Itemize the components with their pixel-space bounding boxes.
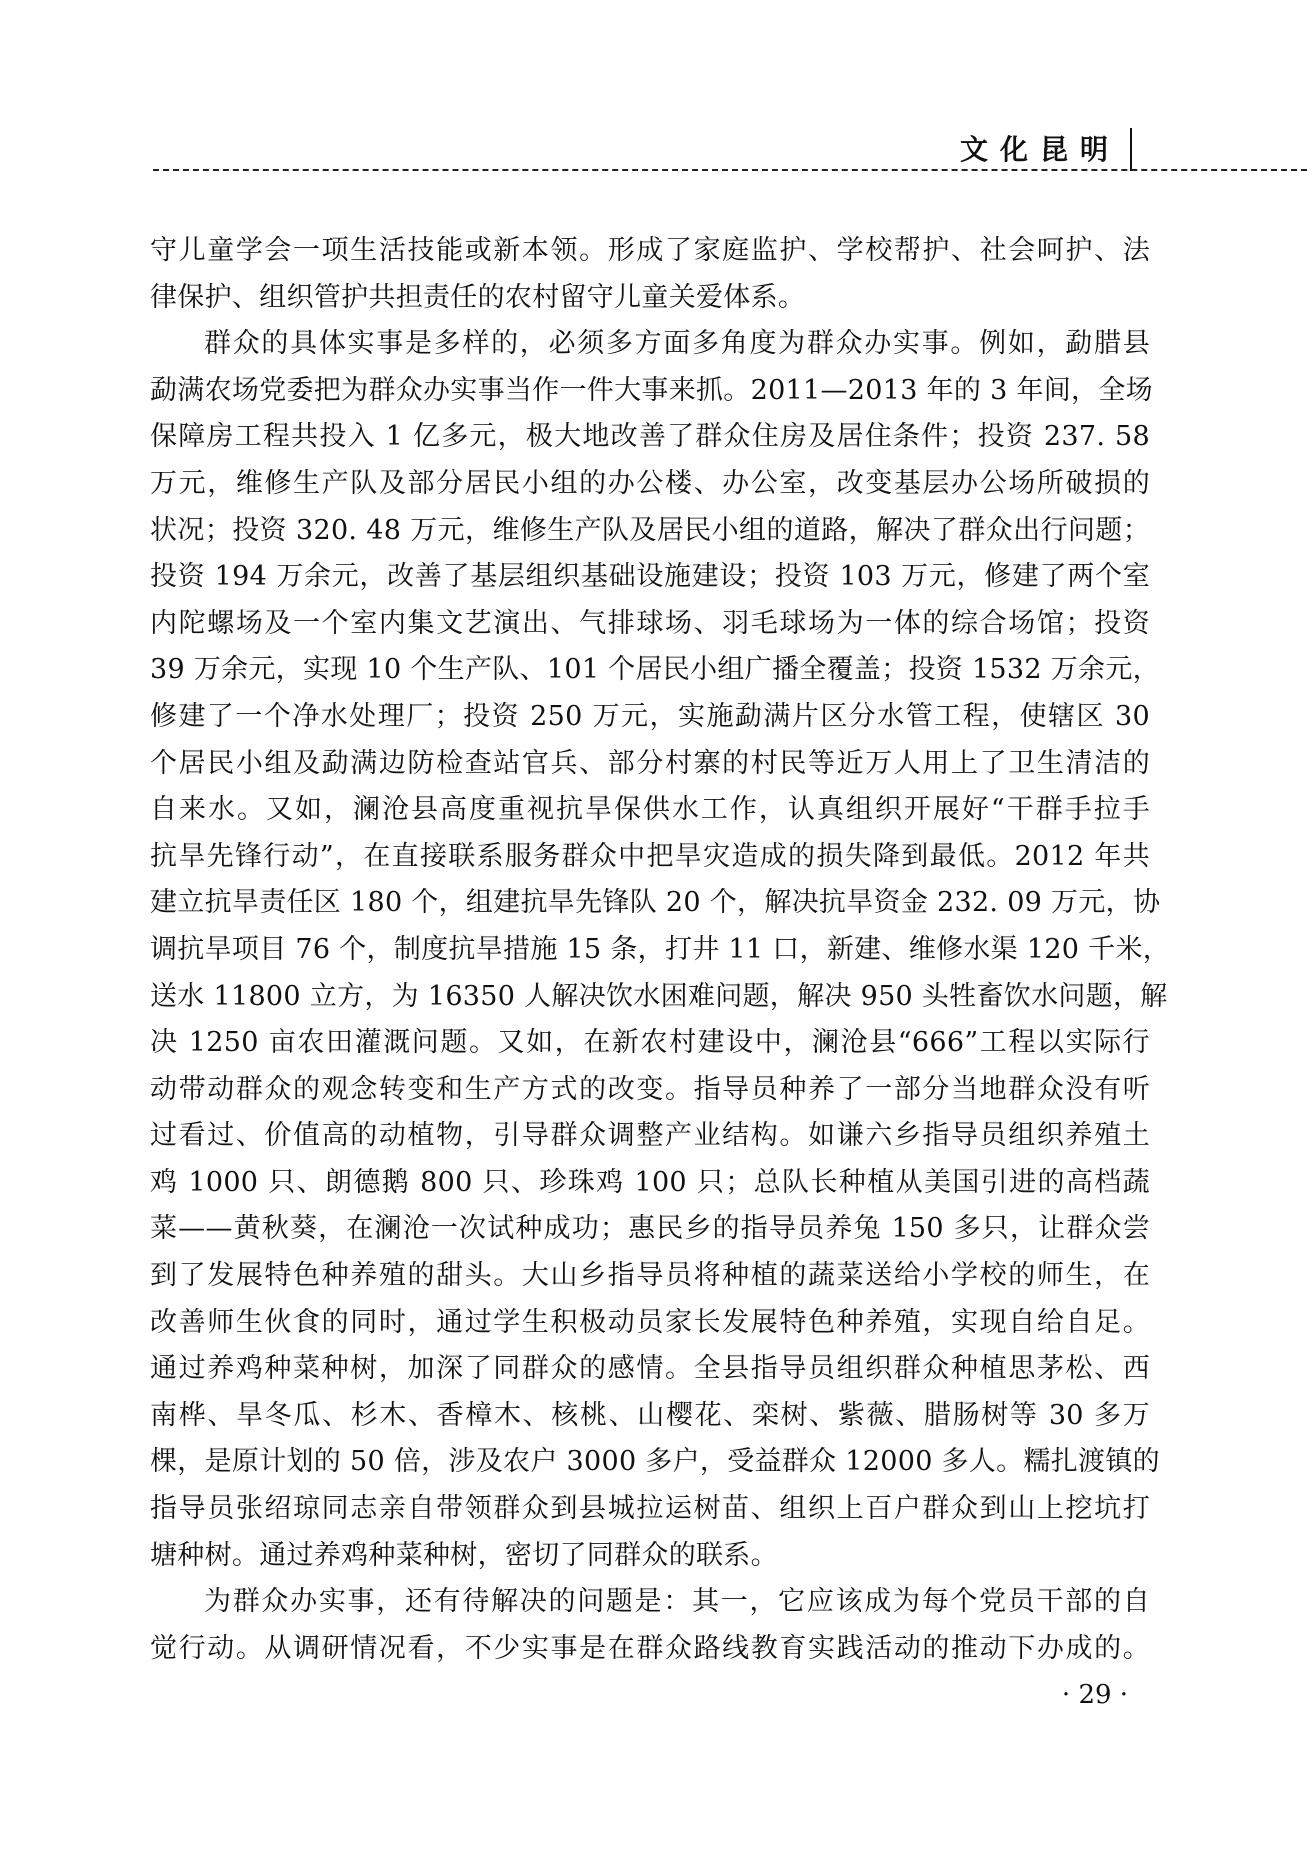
text-line: 过看过、价值高的动植物，引导群众调整产业结构。如谦六乡指导员组织养殖土 — [150, 1113, 1150, 1160]
text-line: 39 万余元，实现 10 个生产队、101 个居民小组广播全覆盖；投资 1532… — [150, 647, 1150, 694]
text-line: 修建了一个净水处理厂；投资 250 万元，实施勐满片区分水管工程，使辖区 30 — [150, 694, 1150, 741]
text-line: 律保护、组织管护共担责任的农村留守儿童关爱体系。 — [150, 275, 1150, 322]
text-line: 状况；投资 320. 48 万元，维修生产队及居民小组的道路，解决了群众出行问题… — [150, 508, 1150, 555]
text-line: 建立抗旱责任区 180 个，组建抗旱先锋队 20 个，解决抗旱资金 232. 0… — [150, 880, 1150, 927]
text-line: 自来水。又如，澜沧县高度重视抗旱保供水工作，认真组织开展好“干群手拉手 — [150, 787, 1150, 834]
header-vertical-bar — [1130, 128, 1132, 171]
text-line: 万元，维修生产队及部分居民小组的办公楼、办公室，改变基层办公场所破损的 — [150, 461, 1150, 508]
text-line: 保障房工程共投入 1 亿多元，极大地改善了群众住房及居住条件；投资 237. 5… — [150, 414, 1150, 461]
header-dashed-rule — [153, 169, 1307, 171]
text-line: 棵，是原计划的 50 倍，涉及农户 3000 多户，受益群众 12000 多人。… — [150, 1439, 1150, 1486]
running-header: 文化昆明 — [0, 0, 1307, 175]
text-line: 南桦、旱冬瓜、杉木、香樟木、核桃、山樱花、栾树、紫薇、腊肠树等 30 多万 — [150, 1393, 1150, 1440]
text-line: 通过养鸡种菜种树，加深了同群众的感情。全县指导员组织群众种植思茅松、西 — [150, 1346, 1150, 1393]
text-line: 送水 11800 立方，为 16350 人解决饮水困难问题，解决 950 头牲畜… — [150, 974, 1150, 1021]
text-line: 鸡 1000 只、朗德鹅 800 只、珍珠鸡 100 只；总队长种植从美国引进的… — [150, 1160, 1150, 1207]
text-line: 守儿童学会一项生活技能或新本领。形成了家庭监护、学校帮护、社会呵护、法 — [150, 228, 1150, 275]
text-line: 塘种树。通过养鸡种菜种树，密切了同群众的联系。 — [150, 1533, 1150, 1580]
text-line: 到了发展特色种养殖的甜头。大山乡指导员将种植的蔬菜送给小学校的师生，在 — [150, 1253, 1150, 1300]
page-number: · 29 · — [1040, 1672, 1150, 1718]
text-line: 抗旱先锋行动”，在直接联系服务群众中把旱灾造成的损失降到最低。2012 年共 — [150, 834, 1150, 881]
text-line: 觉行动。从调研情况看，不少实事是在群众路线教育实践活动的推动下办成的。 — [150, 1626, 1150, 1673]
text-line: 勐满农场党委把为群众办实事当作一件大事来抓。2011—2013 年的 3 年间，… — [150, 368, 1150, 415]
text-line: 指导员张绍琼同志亲自带领群众到县城拉运树苗、组织上百户群众到山上挖坑打 — [150, 1486, 1150, 1533]
text-line: 为群众办实事，还有待解决的问题是：其一，它应该成为每个党员干部的自 — [150, 1579, 1150, 1626]
text-line: 群众的具体实事是多样的，必须多方面多角度为群众办实事。例如，勐腊县 — [150, 321, 1150, 368]
body-text: 守儿童学会一项生活技能或新本领。形成了家庭监护、学校帮护、社会呵护、法律保护、组… — [150, 228, 1150, 1672]
text-line: 内陀螺场及一个室内集文艺演出、气排球场、羽毛球场为一体的综合场馆；投资 — [150, 601, 1150, 648]
header-title: 文化昆明 — [960, 130, 1120, 170]
text-line: 动带动群众的观念转变和生产方式的改变。指导员种养了一部分当地群众没有听 — [150, 1067, 1150, 1114]
text-line: 调抗旱项目 76 个，制度抗旱措施 15 条，打井 11 口，新建、维修水渠 1… — [150, 927, 1150, 974]
text-line: 投资 194 万余元，改善了基层组织基础设施建设；投资 103 万元，修建了两个… — [150, 554, 1150, 601]
text-line: 改善师生伙食的同时，通过学生积极动员家长发展特色种养殖，实现自给自足。 — [150, 1300, 1150, 1347]
text-line: 菜——黄秋葵，在澜沧一次试种成功；惠民乡的指导员养兔 150 多只，让群众尝 — [150, 1206, 1150, 1253]
text-line: 决 1250 亩农田灌溉问题。又如，在新农村建设中，澜沧县“666”工程以实际行 — [150, 1020, 1150, 1067]
text-line: 个居民小组及勐满边防检查站官兵、部分村寨的村民等近万人用上了卫生清洁的 — [150, 741, 1150, 788]
